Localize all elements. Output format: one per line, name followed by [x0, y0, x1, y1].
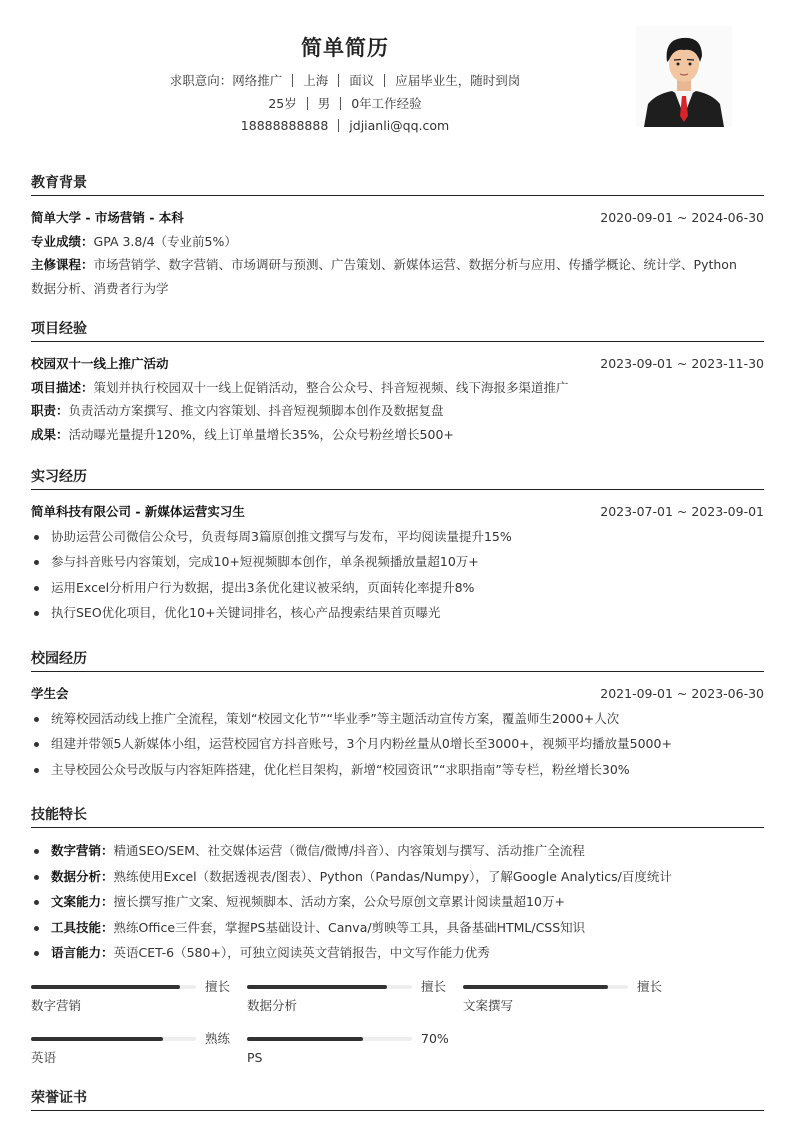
company-role: 简单科技有限公司 - 新媒体运营实习生 [31, 504, 245, 519]
list-item: 参与抖音账号内容策划，完成10+短视频脚本创作，单条视频播放量超10万+ [31, 549, 764, 575]
list-item: 组建并带领5人新媒体小组，运营校园官方抖音账号，3个月内粉丝量从0增长至3000… [31, 731, 764, 757]
divider [338, 119, 339, 132]
gpa-label: 专业成绩 [31, 234, 81, 249]
progress-track [463, 985, 628, 989]
skill-value: 精通SEO/SEM、社交媒体运营（微信/微博/抖音）、内容策划与撰写、活动推广全… [114, 843, 585, 858]
progress-fill [31, 1037, 163, 1041]
section-projects: 项目经验 校园双十一线上推广活动 2023-09-01 ~ 2023-11-30… [31, 318, 764, 446]
skill-name: 文案撰写 [463, 997, 513, 1015]
skill-bar-english: 熟练 英语 [31, 1030, 241, 1070]
section-title: 实习经历 [31, 466, 764, 490]
list-item: 执行SEO优化项目，优化10+关键词排名，核心产品搜索结果首页曝光 [31, 600, 764, 626]
progress-track [247, 985, 412, 989]
progress-track [31, 1037, 196, 1041]
divider [340, 97, 341, 110]
skill-level: 擅长 [205, 978, 230, 996]
phone: 18888888888 [241, 118, 328, 133]
avatar-portrait-icon [636, 26, 732, 127]
email: jdjianli@qq.com [349, 118, 449, 133]
divider [338, 74, 339, 87]
skill-value: 熟练Office三件套，掌握PS基础设计、Canva/剪映等工具，具备基础HTM… [114, 920, 586, 935]
detail-label: 项目描述 [31, 380, 81, 395]
skill-label: 文案能力 [51, 894, 101, 909]
list-item: 统筹校园活动线上推广全流程，策划“校园文化节”“毕业季”等主题活动宣传方案，覆盖… [31, 706, 764, 732]
location: 上海 [303, 73, 328, 88]
school-major-degree: 简单大学 - 市场营销 - 本科 [31, 210, 184, 225]
resume-page: 简单简历 求职意向：网络推广上海面议应届毕业生，随时到岗 25岁男0年工作经验 … [0, 0, 794, 1123]
skill-level: 70% [421, 1030, 449, 1048]
courses-value-cont: 数据分析、消费者行为学 [31, 281, 169, 296]
skill-name: 数字营销 [31, 997, 81, 1015]
skill-label: 数字营销 [51, 843, 101, 858]
project-entry: 校园双十一线上推广活动 2023-09-01 ~ 2023-11-30 [31, 352, 764, 376]
courses-value: 市场营销学、数字营销、市场调研与预测、广告策划、新媒体运营、数据分析与应用、传播… [94, 257, 737, 272]
list-item: 协助运营公司微信公众号，负责每周3篇原创推文撰写与发布，平均阅读量提升15% [31, 524, 764, 550]
progress-fill [247, 985, 387, 989]
date-range: 2023-07-01 ~ 2023-09-01 [600, 500, 764, 524]
skill-item: 语言能力：英语CET-6（580+），可独立阅读英文营销报告，中文写作能力优秀 [31, 940, 764, 966]
gpa-row: 专业成绩：GPA 3.8/4（专业前5%） [31, 230, 764, 254]
section-campus: 校园经历 学生会 2021-09-01 ~ 2023-06-30 统筹校园活动线… [31, 648, 764, 782]
work-experience: 0年工作经验 [351, 96, 421, 111]
internship-entry: 简单科技有限公司 - 新媒体运营实习生 2023-07-01 ~ 2023-09… [31, 500, 764, 524]
personal-info-line: 25岁男0年工作经验 [0, 94, 690, 112]
courses-label: 主修课程 [31, 257, 81, 272]
section-internship: 实习经历 简单科技有限公司 - 新媒体运营实习生 2023-07-01 ~ 20… [31, 466, 764, 626]
section-title: 教育背景 [31, 172, 764, 196]
skill-label: 语言能力 [51, 945, 101, 960]
skill-label: 工具技能 [51, 920, 101, 935]
job-intention-line: 求职意向：网络推广上海面议应届毕业生，随时到岗 [0, 71, 690, 89]
detail-label: 成果 [31, 427, 56, 442]
skill-bar-ps: 70% PS [247, 1030, 457, 1070]
contact-line: 18888888888jdjianli@qq.com [0, 118, 690, 133]
progress-fill [247, 1037, 363, 1041]
skill-item: 工具技能：熟练Office三件套，掌握PS基础设计、Canva/剪映等工具，具备… [31, 915, 764, 941]
skill-item: 文案能力：擅长撰写推广文案、短视频脚本、活动方案，公众号原创文章累计阅读量超10… [31, 889, 764, 915]
avatar [636, 26, 732, 127]
resume-title: 简单简历 [0, 32, 690, 62]
detail-value: 活动曝光量提升120%，线上订单量增长35%，公众号粉丝增长500+ [69, 427, 454, 442]
education-entry: 简单大学 - 市场营销 - 本科 2020-09-01 ~ 2024-06-30 [31, 206, 764, 230]
skill-label: 数据分析 [51, 869, 101, 884]
progress-fill [31, 985, 180, 989]
courses-row: 主修课程：市场营销学、数字营销、市场调研与预测、广告策划、新媒体运营、数据分析与… [31, 253, 764, 300]
section-honors: 荣誉证书 [31, 1087, 764, 1111]
section-title: 荣誉证书 [31, 1087, 764, 1111]
skill-item: 数据分析：熟练使用Excel（数据透视表/图表）、Python（Pandas/N… [31, 864, 764, 890]
skill-level: 擅长 [421, 978, 446, 996]
section-title: 技能特长 [31, 804, 764, 828]
section-title: 项目经验 [31, 318, 764, 342]
gender: 男 [318, 96, 331, 111]
detail-value: 负责活动方案撰写、推文内容策划、抖音短视频脚本创作及数据复盘 [69, 403, 444, 418]
skill-bar-copywriting: 擅长 文案撰写 [463, 978, 673, 1018]
progress-fill [463, 985, 608, 989]
project-detail: 职责：负责活动方案撰写、推文内容策划、抖音短视频脚本创作及数据复盘 [31, 399, 764, 423]
section-skills: 技能特长 数字营销：精通SEO/SEM、社交媒体运营（微信/微博/抖音）、内容策… [31, 804, 764, 966]
skill-item: 数字营销：精通SEO/SEM、社交媒体运营（微信/微博/抖音）、内容策划与撰写、… [31, 838, 764, 864]
skill-value: 英语CET-6（580+），可独立阅读英文营销报告，中文写作能力优秀 [114, 945, 490, 960]
date-range: 2023-09-01 ~ 2023-11-30 [600, 352, 764, 376]
divider [307, 97, 308, 110]
divider [384, 74, 385, 87]
skill-bar-data-analysis: 擅长 数据分析 [247, 978, 457, 1018]
progress-track [247, 1037, 412, 1041]
organization: 学生会 [31, 686, 69, 701]
list-item: 运用Excel分析用户行为数据，提出3条优化建议被采纳，页面转化率提升8% [31, 575, 764, 601]
campus-entry: 学生会 2021-09-01 ~ 2023-06-30 [31, 682, 764, 706]
skill-level: 熟练 [205, 1030, 230, 1048]
detail-value: 策划并执行校园双十一线上促销活动，整合公众号、抖音短视频、线下海报多渠道推广 [94, 380, 569, 395]
gpa-value: GPA 3.8/4（专业前5%） [94, 234, 237, 249]
date-range: 2020-09-01 ~ 2024-06-30 [600, 206, 764, 230]
date-range: 2021-09-01 ~ 2023-06-30 [600, 682, 764, 706]
skill-name: 英语 [31, 1049, 56, 1067]
job-intention: 求职意向：网络推广 [170, 73, 283, 88]
skill-value: 擅长撰写推广文案、短视频脚本、活动方案，公众号原创文章累计阅读量超10万+ [114, 894, 565, 909]
skill-value: 熟练使用Excel（数据透视表/图表）、Python（Pandas/Numpy）… [114, 869, 672, 884]
section-education: 教育背景 简单大学 - 市场营销 - 本科 2020-09-01 ~ 2024-… [31, 172, 764, 300]
project-detail: 项目描述：策划并执行校园双十一线上促销活动，整合公众号、抖音短视频、线下海报多渠… [31, 376, 764, 400]
availability: 应届毕业生，随时到岗 [395, 73, 520, 88]
skill-level: 擅长 [637, 978, 662, 996]
skill-name: 数据分析 [247, 997, 297, 1015]
project-name: 校园双十一线上推广活动 [31, 356, 169, 371]
list-item: 主导校园公众号改版与内容矩阵搭建，优化栏目架构，新增“校园资讯”“求职指南”等专… [31, 757, 764, 783]
project-detail: 成果：活动曝光量提升120%，线上订单量增长35%，公众号粉丝增长500+ [31, 423, 764, 447]
age: 25岁 [268, 96, 296, 111]
progress-track [31, 985, 196, 989]
divider [292, 74, 293, 87]
skill-bar-digital-marketing: 擅长 数字营销 [31, 978, 241, 1018]
salary: 面议 [349, 73, 374, 88]
skill-name: PS [247, 1049, 262, 1067]
section-title: 校园经历 [31, 648, 764, 672]
detail-label: 职责 [31, 403, 56, 418]
